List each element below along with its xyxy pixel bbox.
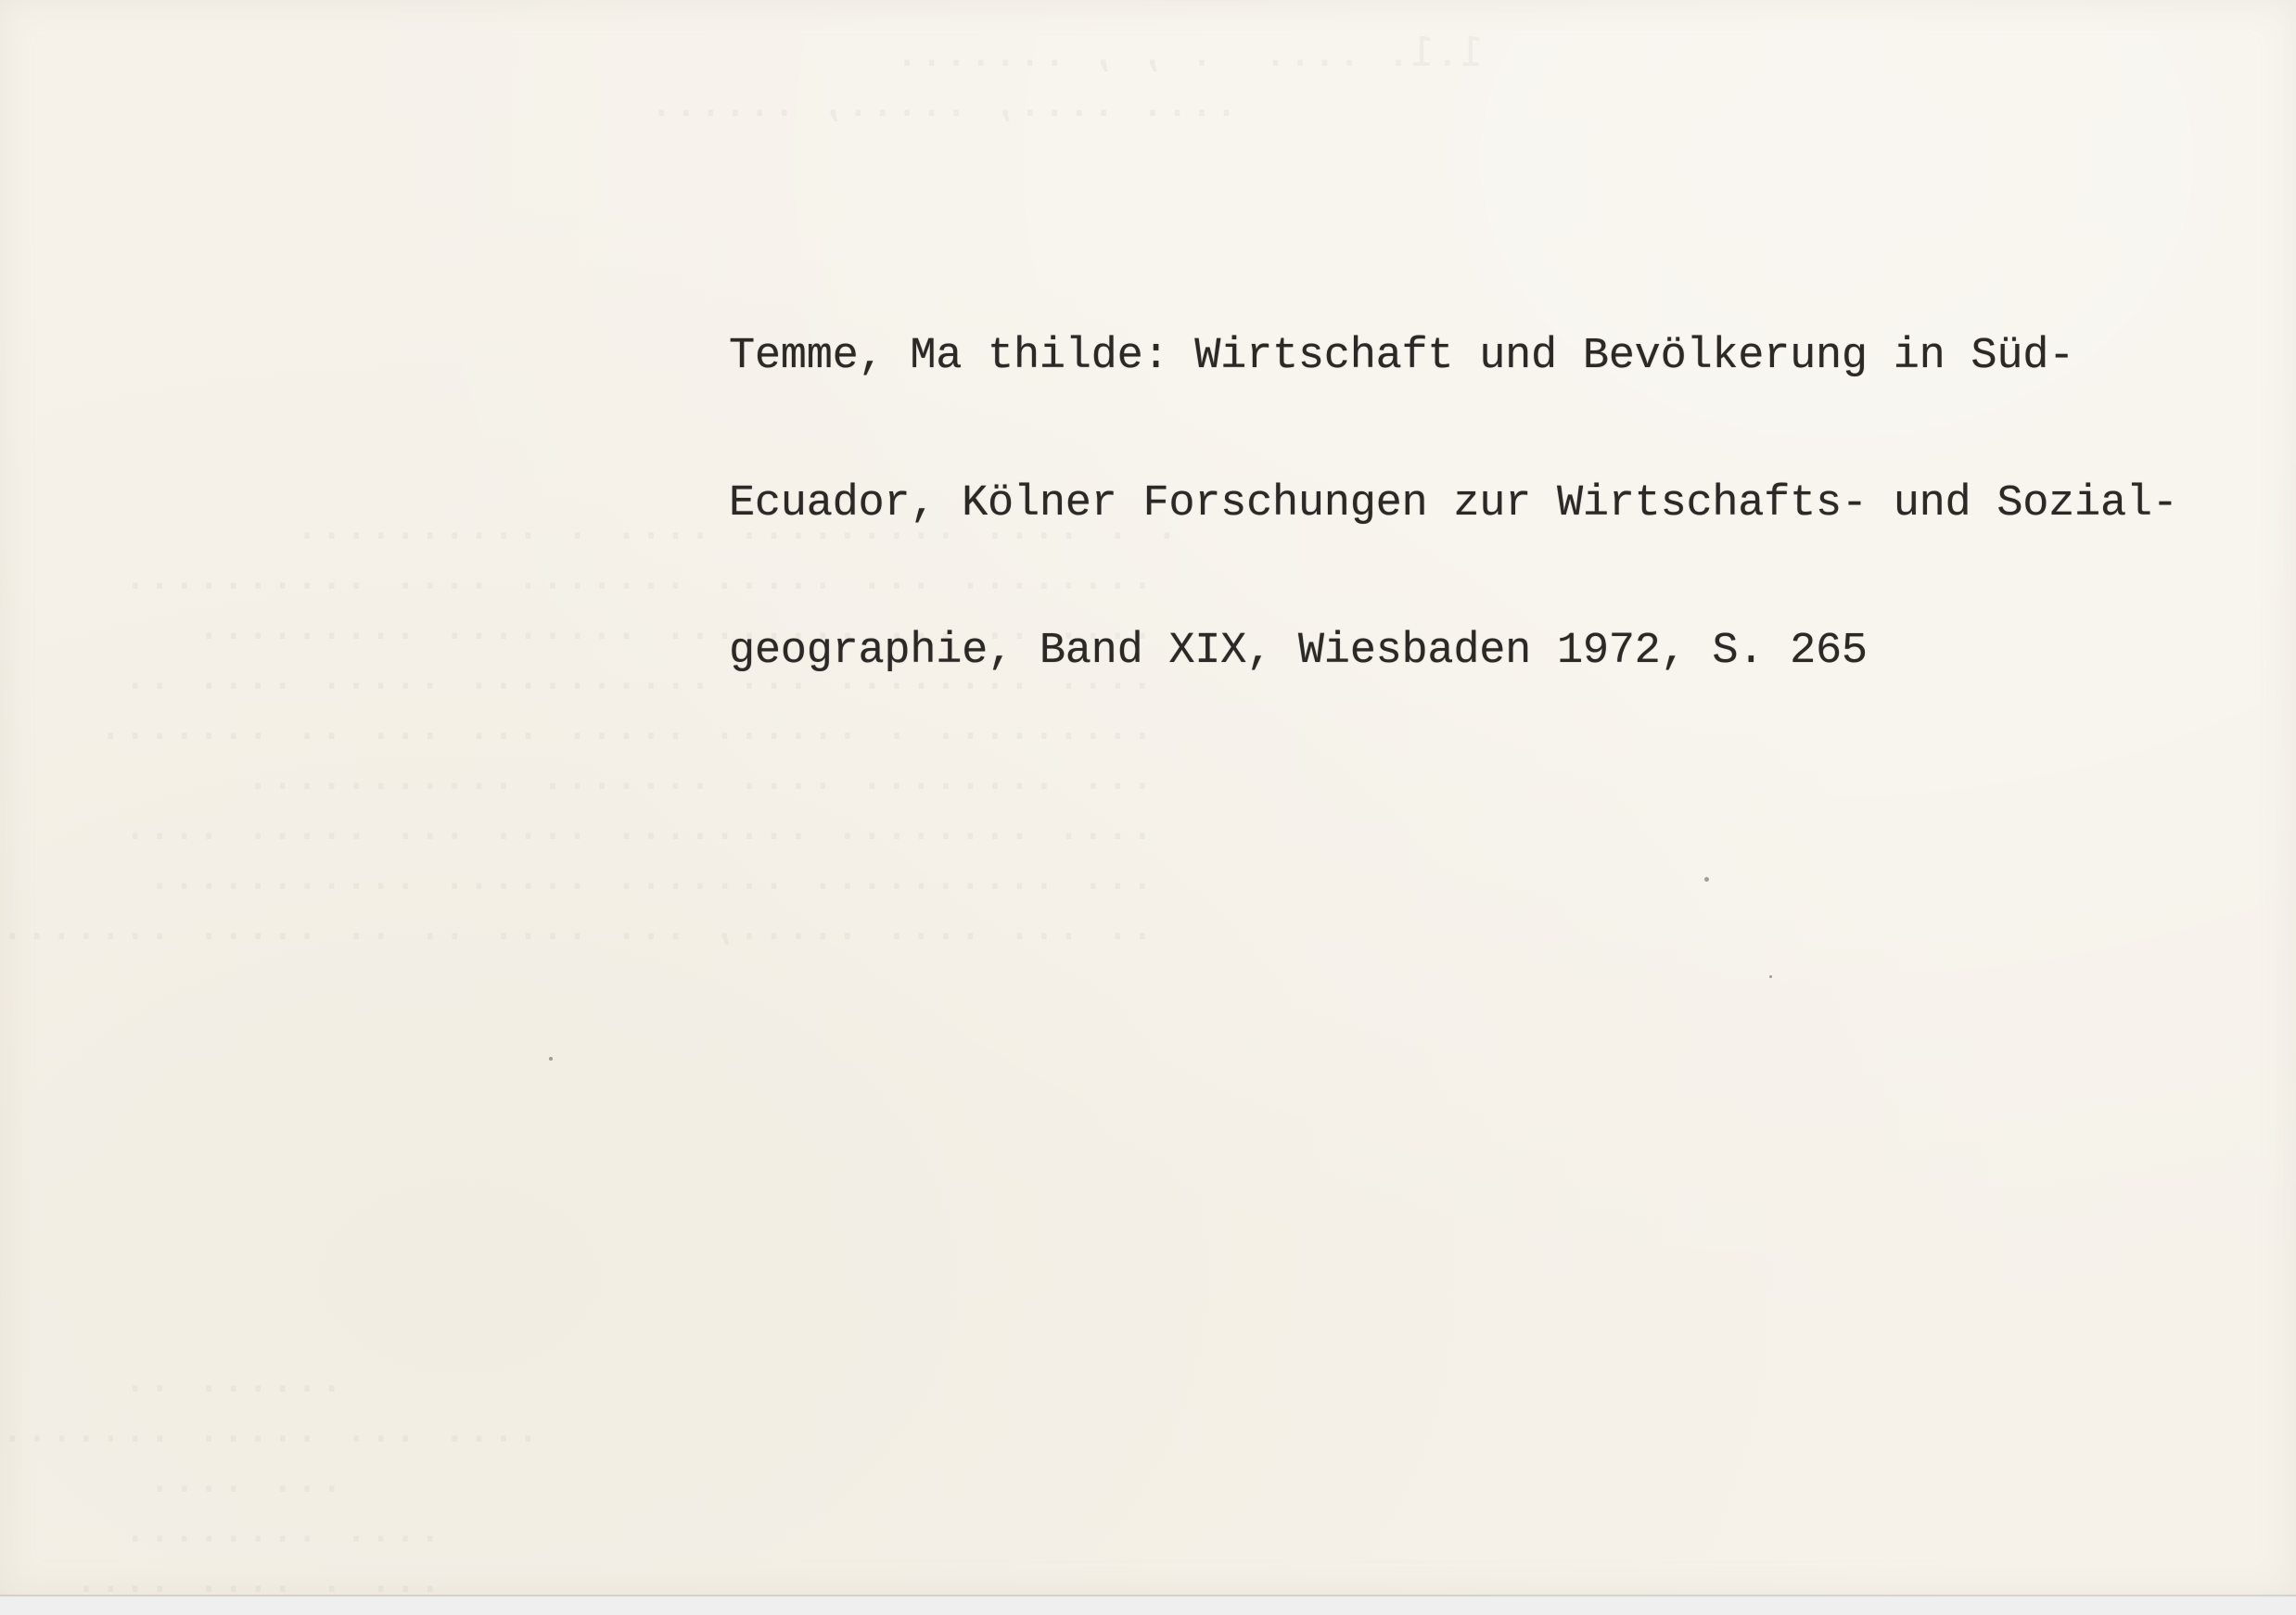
paper-speck xyxy=(549,1057,553,1061)
bibliographic-citation: Temme, Ma thilde: Wirtschaft und Bevölke… xyxy=(729,234,2178,774)
paper-speck xyxy=(1704,877,1709,882)
citation-line-3: geographie, Band XIX, Wiesbaden 1972, S.… xyxy=(729,627,2178,676)
index-card: 1.1. .... . , , ....... .... ...., .....… xyxy=(0,0,2296,1596)
show-through-text-top: 1.1. .... . , , ....... .... ...., .....… xyxy=(649,28,1485,128)
citation-line-2: Ecuador, Kölner Forschungen zur Wirtscha… xyxy=(729,479,2178,528)
paper-speck xyxy=(1769,975,1772,978)
citation-line-1: Temme, Ma thilde: Wirtschaft und Bevölke… xyxy=(729,332,2178,381)
show-through-text-bottom: ...... .. .... ... ..... ....... ... ...… xyxy=(0,1354,565,1604)
scanner-background xyxy=(0,1596,2296,1615)
